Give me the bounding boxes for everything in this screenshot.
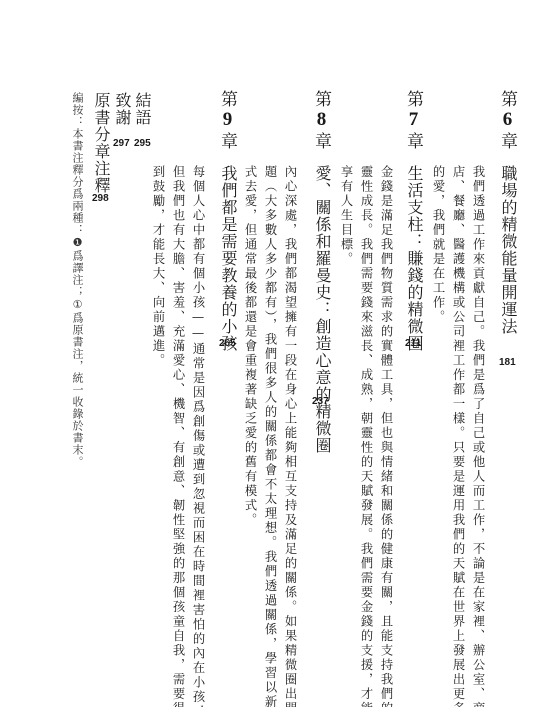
chapter-label-suffix: 章 (497, 132, 517, 151)
backmatter-acknowledgments[interactable]: 致謝 (113, 92, 131, 126)
chapter-8-summary: 內心深處，我們都渴望擁有一段在身心上能夠相互支持及滿足的關係。如果精微圈出問 題… (240, 165, 300, 645)
chapter-title-text: 生活支柱：賺錢的精微圈 (405, 165, 424, 352)
chapter-7-label: 第7章 (404, 90, 422, 151)
summary-line: 享有人生目標。 (336, 165, 356, 645)
chapter-title-text: 職場的精微能量開運法 (499, 165, 518, 335)
chapter-number: 8 (311, 109, 332, 132)
chapter-title-text: 我們都是需要教養的小孩 (219, 165, 238, 352)
chapter-6-title[interactable]: 職場的精微能量開運法 (499, 165, 517, 335)
summary-line: 題（大多數人多少都有），我們很多人的關係都會不太理想。我們透過關係，學習以新方 (260, 165, 280, 645)
chapter-9-page-number: 265 (219, 338, 236, 349)
chapter-label-prefix: 第 (403, 90, 423, 109)
chapter-8-title[interactable]: 愛、關係和羅曼史：創造心意的精微圈 (313, 165, 331, 454)
chapter-number: 6 (497, 109, 518, 132)
chapter-6-summary: 我們透過工作來貢獻自己。我們是爲了自己或他人而工作，不論是在家裡、辦公室、商 店… (428, 165, 488, 645)
summary-line: 內心深處，我們都渴望擁有一段在身心上能夠相互支持及滿足的關係。如果精微圈出問 (280, 165, 300, 645)
chapter-title-text: 愛、關係和羅曼史：創造心意的精微圈 (313, 165, 332, 454)
backmatter-title: 致謝 (113, 92, 132, 126)
summary-line: 金錢是滿足我們物質需求的實體工具，但也與情緒和關係的健康有關，且能支持我們的 (376, 165, 396, 645)
summary-line: 的愛，我們就是在工作。 (428, 165, 448, 645)
backmatter-conclusion[interactable]: 結語 (133, 92, 151, 126)
chapter-7-title[interactable]: 生活支柱：賺錢的精微圈 (405, 165, 423, 352)
chapter-number: 9 (217, 109, 238, 132)
summary-line: 到鼓勵，才能長大、向前邁進。 (148, 165, 168, 645)
chapter-label-suffix: 章 (403, 132, 423, 151)
chapter-9-title[interactable]: 我們都是需要教養的小孩 (219, 165, 237, 352)
summary-line: 我們透過工作來貢獻自己。我們是爲了自己或他人而工作，不論是在家裡、辦公室、商 (468, 165, 488, 645)
chapter-9-label: 第9章 (218, 90, 236, 151)
summary-line: 店、餐廳、醫護機構或公司裡工作都一樣。只要是運用我們的天賦在世界上發展出更多 (448, 165, 468, 645)
chapter-6-label: 第6章 (498, 90, 516, 151)
backmatter-notes-page: 298 (92, 193, 109, 204)
summary-line: 但我們也有大膽、害羞、充滿愛心、機智、有創意、韌性堅強的那個孩童自我，需要得 (168, 165, 188, 645)
chapter-9-summary: 每個人心中都有個小孩——通常是因爲創傷或遭到忽視而困在時間裡害怕的內在小孩； 但… (148, 165, 208, 645)
backmatter-notes[interactable]: 原書分章注釋 (92, 92, 110, 194)
chapter-label-suffix: 章 (217, 132, 237, 151)
chapter-label-suffix: 章 (311, 132, 331, 151)
chapter-label-prefix: 第 (497, 90, 517, 109)
chapter-label-prefix: 第 (311, 90, 331, 109)
chapter-7-page-number: 211 (405, 338, 421, 349)
summary-line: 靈性成長。我們需要錢來滋長、成熟，朝靈性的天賦發展。我們需要金錢的支援，才能 (356, 165, 376, 645)
backmatter-conclusion-page: 295 (134, 138, 151, 149)
chapter-number: 7 (403, 109, 424, 132)
chapter-6-page-number: 181 (499, 357, 516, 368)
backmatter-title: 結語 (133, 92, 152, 126)
chapter-label-prefix: 第 (217, 90, 237, 109)
chapter-8-label: 第8章 (312, 90, 330, 151)
chapter-7-summary: 金錢是滿足我們物質需求的實體工具，但也與情緒和關係的健康有關，且能支持我們的 靈… (336, 165, 396, 645)
editor-note-text: 編按：本書注釋分爲兩種：❶爲譯注；①爲原書注，統一收錄於書末。 (71, 92, 84, 468)
chapter-8-page-number: 237 (312, 396, 329, 407)
backmatter-title: 原書分章注釋 (92, 92, 111, 194)
summary-line: 每個人心中都有個小孩——通常是因爲創傷或遭到忽視而困在時間裡害怕的內在小孩； (188, 165, 208, 645)
backmatter-acknowledgments-page: 297 (113, 138, 130, 149)
summary-line: 式去愛，但通常最後都還是會重複著缺乏愛的舊有模式。 (240, 165, 260, 645)
editor-note: 編按：本書注釋分爲兩種：❶爲譯注；①爲原書注，統一收錄於書末。 (70, 92, 84, 468)
